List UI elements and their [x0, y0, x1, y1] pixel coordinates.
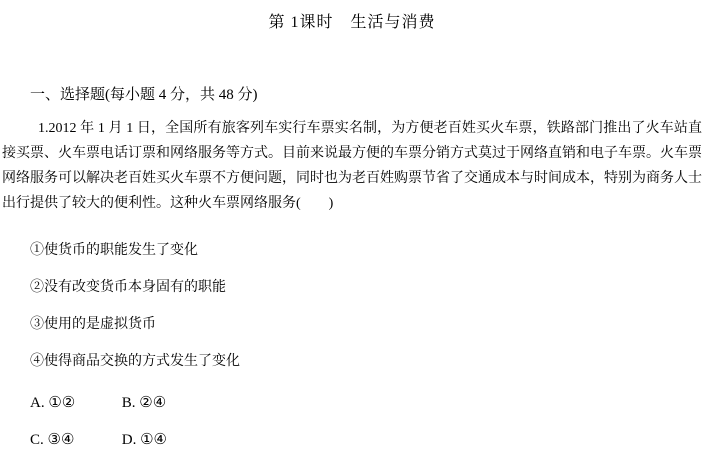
option-2: ②没有改变货币本身固有的职能 — [0, 269, 704, 306]
choice-d: D. ①④ — [122, 422, 167, 459]
question-options: ①使货币的职能发生了变化 ②没有改变货币本身固有的职能 ③使用的是虚拟货币 ④使… — [0, 232, 704, 380]
choice-b: B. ②④ — [122, 385, 166, 422]
question-stem: 1.2012 年 1 月 1 日，全国所有旅客列车实行车票实名制，为方便老百姓买… — [2, 116, 702, 216]
choice-row-cd: C. ③④ D. ①④ — [0, 422, 704, 459]
answer-choices: A. ①② B. ②④ C. ③④ D. ①④ — [0, 385, 704, 459]
choice-c: C. ③④ — [30, 422, 118, 459]
option-4: ④使得商品交换的方式发生了变化 — [0, 343, 704, 380]
section-heading: 一、选择题(每小题 4 分，共 48 分) — [30, 85, 704, 105]
option-3: ③使用的是虚拟货币 — [0, 306, 704, 343]
choice-a: A. ①② — [30, 385, 118, 422]
exam-worksheet-page: 第 1课时 生活与消费 一、选择题(每小题 4 分，共 48 分) 1.2012… — [0, 0, 704, 476]
page-title: 第 1课时 生活与消费 — [0, 13, 704, 33]
choice-row-ab: A. ①② B. ②④ — [0, 385, 704, 422]
option-1: ①使货币的职能发生了变化 — [0, 232, 704, 269]
